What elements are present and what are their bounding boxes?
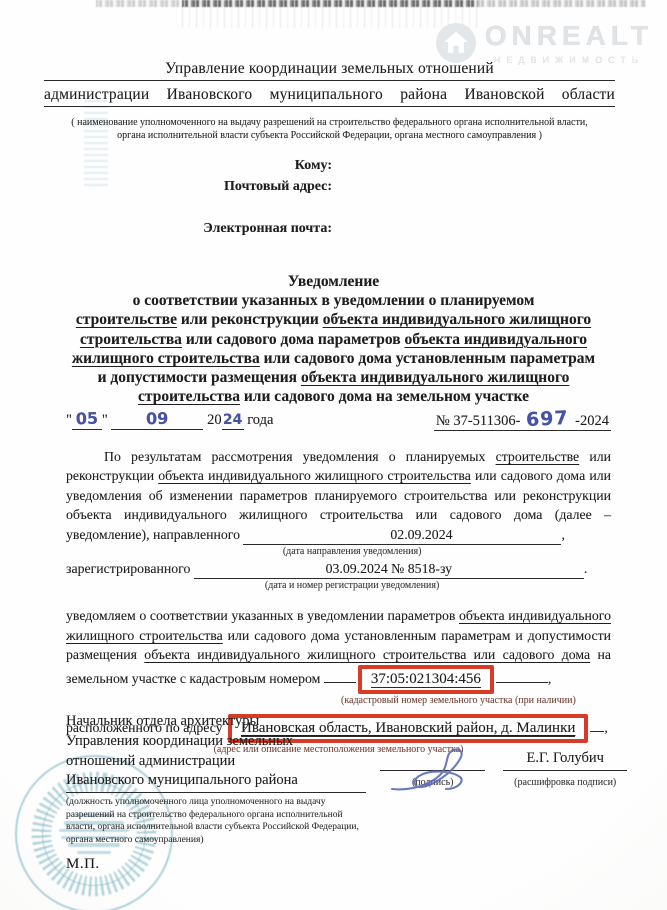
registration-line: зарегистрированного 03.09.2024 № 8518-зу… [66,559,611,579]
scan-edge-artifact [478,0,646,7]
sent-date-value: 02.09.2024 [390,527,452,542]
handwritten-signature [386,745,502,797]
cadastral-number-highlight-box: 37:05:021304:456 [358,665,494,694]
handwritten-number: 697 [520,407,576,432]
cadastral-caption: (кадастровый номер земельного участка (п… [306,694,611,707]
handwritten-month: 09 [146,409,169,428]
paragraph-2: уведомляем о соответствии указанных в ув… [66,606,611,694]
position-caption: (должность уполномоченного лица уполномо… [66,796,366,846]
document-header: Управление координации земельных отношен… [44,60,615,142]
registration-caption: (дата и номер регистрации уведомления) [175,579,529,592]
number-suffix: -2024 [575,413,609,429]
recipient-to-label: Кому: [44,158,332,174]
document-body: По результатам рассмотрения уведомления … [66,447,611,756]
recipient-postal-label: Почтовый адрес: [44,179,332,195]
document-date: "05" 09 2024 года [66,409,273,430]
handwritten-year: 24 [223,412,242,428]
sent-date-blank: 02.09.2024 [243,525,561,545]
quote-mark: " [102,412,108,428]
header-note: ( наименование уполномоченного на выдачу… [62,116,597,142]
recipient-email-label: Электронная почта: [44,221,332,237]
document-number: № 37-511306-697-2024 [434,408,611,430]
year-prefix: 20 [207,412,222,428]
scanned-document-page: ONREALT НЕДВИЖИМОСТЬ Управление координа… [0,0,667,910]
registration-blank: 03.09.2024 № 8518-зу [194,559,584,579]
scan-streak-artifact [182,6,478,28]
number-prefix: № 37-511306- [436,413,521,429]
blank-segment [496,682,548,683]
watermark-brand: ONREALT [485,22,653,50]
date-and-number-row: "05" 09 2024 года № 37-511306-697-2024 [66,408,611,430]
blank-segment [324,682,356,683]
registered-label: зарегистрированного [66,561,190,576]
signatory-position: Начальник отдела архитектурыУправления к… [66,712,366,875]
stamp-place-label: М.П. [66,855,366,875]
document-title: Уведомлениео соответствии указанных в ув… [58,272,609,406]
comma: , [548,671,551,686]
year-word: года [247,412,273,428]
position-lines: Начальник отдела архитектурыУправления к… [66,712,366,793]
recipient-block: Кому: Почтовый адрес: Электронная почта: [44,158,332,237]
sent-date-caption: (дата направления уведомления) [175,545,529,558]
header-line-1: Управление координации земельных отношен… [44,60,615,81]
paragraph-1: По результатам рассмотрения уведомления … [66,447,611,545]
handwritten-day: 05 [72,408,103,428]
name-caption: (расшифровка подписи) [503,773,627,793]
signatory-name: Е.Г. Голубич [503,749,627,771]
registration-value: 03.09.2024 № 8518-зу [326,561,452,576]
comma: , [561,527,564,542]
scan-edge-artifact [96,0,182,7]
header-line-2: администрации Ивановского муниципального… [44,86,615,107]
cadastral-number-value: 37:05:021304:456 [371,671,481,688]
period: . [584,561,587,576]
